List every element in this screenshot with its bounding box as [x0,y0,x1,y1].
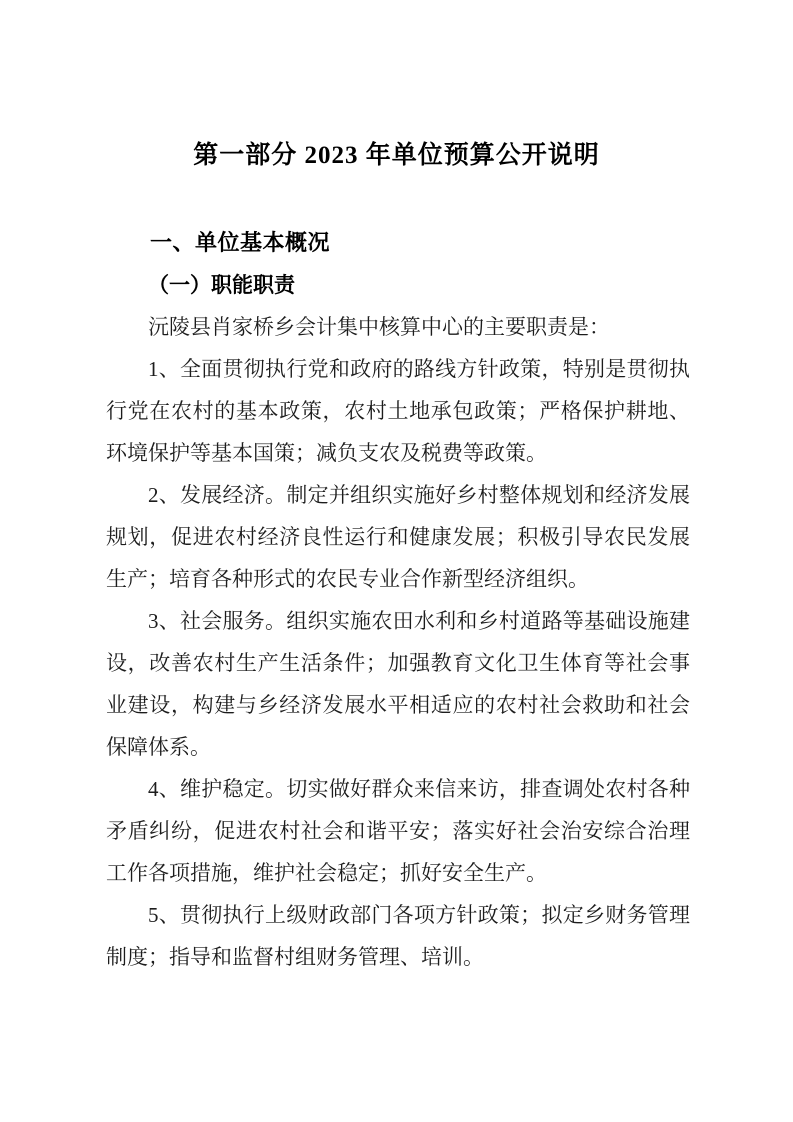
section-heading: 一、单位基本概况 [106,222,690,264]
document-page: 第一部分 2023 年单位预算公开说明 一、单位基本概况 （一）职能职责 沅陵县… [0,0,793,1122]
document-title: 第一部分 2023 年单位预算公开说明 [0,0,793,174]
paragraph-item-1: 1、全面贯彻执行党和政府的路线方针政策，特别是贯彻执行党在农村的基本政策，农村土… [106,348,690,474]
paragraph-intro: 沅陵县肖家桥乡会计集中核算中心的主要职责是： [106,306,690,348]
paragraph-item-2: 2、发展经济。制定并组织实施好乡村整体规划和经济发展规划，促进农村经济良性运行和… [106,474,690,600]
subsection-heading: （一）职能职责 [106,264,690,306]
paragraph-item-4: 4、维护稳定。切实做好群众来信来访，排查调处农村各种矛盾纠纷，促进农村社会和谐平… [106,768,690,894]
paragraph-item-5: 5、贯彻执行上级财政部门各项方针政策；拟定乡财务管理制度；指导和监督村组财务管理… [106,894,690,978]
paragraph-item-3: 3、社会服务。组织实施农田水利和乡村道路等基础设施建设，改善农村生产生活条件；加… [106,600,690,768]
document-body: 一、单位基本概况 （一）职能职责 沅陵县肖家桥乡会计集中核算中心的主要职责是： … [106,222,690,978]
